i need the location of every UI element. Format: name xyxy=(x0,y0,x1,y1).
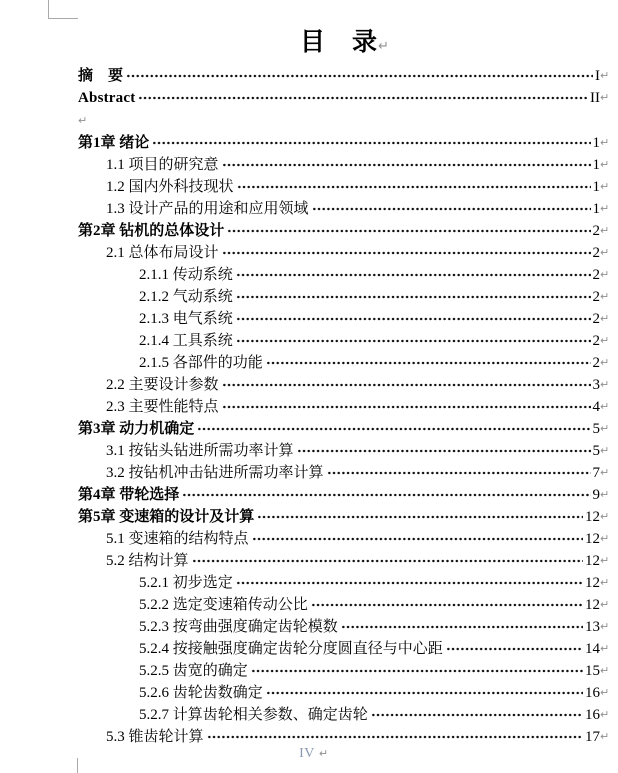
toc-entry-label: 2.2 主要设计参数 xyxy=(106,374,219,396)
toc-page-number: 4 xyxy=(593,396,601,418)
toc-entry[interactable]: 2.3 主要性能特点4↵ xyxy=(78,396,600,418)
toc-entry[interactable]: AbstractII↵ xyxy=(78,87,600,109)
toc-page-number: 2 xyxy=(593,264,601,286)
dot-leader xyxy=(222,242,591,264)
toc-entry[interactable]: 1.2 国内外科技现状1↵ xyxy=(78,176,600,198)
text-boundary-mark-top-left-horizontal xyxy=(48,18,78,19)
toc-entry-label: 摘 要 xyxy=(78,65,123,87)
dot-leader xyxy=(252,528,583,550)
toc-entry-label: 5.2 结构计算 xyxy=(106,550,189,572)
toc-page-number: 5 xyxy=(593,440,601,462)
toc-entry-label: 1.3 设计产品的用途和应用领域 xyxy=(106,198,309,220)
dot-leader xyxy=(371,704,583,726)
paragraph-mark-icon: ↵ xyxy=(315,745,319,763)
toc-page-number: 1 xyxy=(593,154,601,176)
dot-leader xyxy=(236,572,583,594)
toc-entry-label: 5.2.7 计算齿轮相关参数、确定齿轮 xyxy=(139,704,368,726)
toc-entry[interactable]: 1.1 项目的研究意1↵ xyxy=(78,154,600,176)
toc-page-number: 2 xyxy=(593,286,601,308)
toc-page-number: 2 xyxy=(593,242,601,264)
toc-entry[interactable]: 5.1 变速箱的结构特点12↵ xyxy=(78,528,600,550)
dot-leader xyxy=(236,264,591,286)
toc-entry-label: 2.1.4 工具系统 xyxy=(139,330,233,352)
toc-entry[interactable]: 5.2.3 按弯曲强度确定齿轮模数13↵ xyxy=(78,616,600,638)
toc-page-number: 5 xyxy=(593,418,601,440)
dot-leader xyxy=(138,87,588,109)
toc-entry-label: 第2章 钻机的总体设计 xyxy=(78,220,224,242)
dot-leader xyxy=(222,154,591,176)
dot-leader xyxy=(126,65,593,87)
toc-entry-label: 5.2.6 齿轮齿数确定 xyxy=(139,682,263,704)
toc-entry[interactable]: 2.1.2 气动系统2↵ xyxy=(78,286,600,308)
dot-leader xyxy=(192,550,583,572)
dot-leader xyxy=(222,374,591,396)
toc-content-area: 目 录↵ 摘 要I↵AbstractII↵↵第1章 绪论1↵1.1 项目的研究意… xyxy=(78,0,600,748)
dot-leader xyxy=(182,484,590,506)
toc-entry-label: 2.1.1 传动系统 xyxy=(139,264,233,286)
toc-entry-label: 5.2.1 初步选定 xyxy=(139,572,233,594)
dot-leader xyxy=(251,660,583,682)
toc-page-number: 7 xyxy=(593,462,601,484)
dot-leader xyxy=(341,616,583,638)
toc-page-number: 9 xyxy=(593,484,601,506)
toc-entry-label: 2.1.2 气动系统 xyxy=(139,286,233,308)
footer-page-number: IV xyxy=(299,746,315,761)
toc-entry[interactable]: 2.1 总体布局设计2↵ xyxy=(78,242,600,264)
toc-entry[interactable]: 第3章 动力机确定5↵ xyxy=(78,418,600,440)
toc-page-number: 3 xyxy=(593,374,601,396)
toc-entry[interactable]: 5.2.2 选定变速箱传动公比12↵ xyxy=(78,594,600,616)
toc-entry-label: 2.3 主要性能特点 xyxy=(106,396,219,418)
dot-leader xyxy=(236,286,591,308)
toc-entry-label: 5.2.5 齿宽的确定 xyxy=(139,660,248,682)
toc-page-number: 16 xyxy=(585,704,600,726)
page-footer: IV↵ xyxy=(0,745,618,763)
toc-entry[interactable]: 摘 要I↵ xyxy=(78,65,600,87)
dot-leader xyxy=(222,396,591,418)
toc-entry-label: 第1章 绪论 xyxy=(78,132,149,154)
dot-leader xyxy=(236,308,591,330)
toc-entry[interactable]: 2.2 主要设计参数3↵ xyxy=(78,374,600,396)
toc-page-number: 2 xyxy=(593,352,601,374)
toc-entry-label: 5.2.4 按接触强度确定齿轮分度圆直径与中心距 xyxy=(139,638,443,660)
toc-page-number: 2 xyxy=(593,330,601,352)
toc-page-number: 12 xyxy=(585,506,600,528)
toc-list: 摘 要I↵AbstractII↵↵第1章 绪论1↵1.1 项目的研究意1↵1.2… xyxy=(78,65,600,748)
toc-entry[interactable]: 1.3 设计产品的用途和应用领域1↵ xyxy=(78,198,600,220)
toc-entry-label: 5.2.2 选定变速箱传动公比 xyxy=(139,594,308,616)
toc-entry[interactable]: 5.2.6 齿轮齿数确定16↵ xyxy=(78,682,600,704)
dot-leader xyxy=(227,220,590,242)
toc-entry[interactable]: 第2章 钻机的总体设计2↵ xyxy=(78,220,600,242)
dot-leader xyxy=(311,594,583,616)
dot-leader xyxy=(266,352,591,374)
document-page: { "page": { "title": "目 录", "pilcrow": "… xyxy=(0,0,618,773)
toc-entry-label: 1.2 国内外科技现状 xyxy=(106,176,234,198)
dot-leader xyxy=(257,506,583,528)
toc-page-number: 12 xyxy=(585,572,600,594)
toc-page-number: 12 xyxy=(585,528,600,550)
toc-entry: ↵ xyxy=(78,109,600,132)
dot-leader xyxy=(312,198,591,220)
toc-entry[interactable]: 第4章 带轮选择9↵ xyxy=(78,484,600,506)
toc-page-number: 2 xyxy=(593,308,601,330)
toc-entry[interactable]: 2.1.1 传动系统2↵ xyxy=(78,264,600,286)
toc-entry[interactable]: 2.1.5 各部件的功能2↵ xyxy=(78,352,600,374)
toc-entry-label: 第4章 带轮选择 xyxy=(78,484,179,506)
toc-entry[interactable]: 2.1.4 工具系统2↵ xyxy=(78,330,600,352)
dot-leader xyxy=(327,462,591,484)
toc-page-number: 14 xyxy=(585,638,600,660)
toc-entry[interactable]: 5.2 结构计算12↵ xyxy=(78,550,600,572)
toc-entry[interactable]: 2.1.3 电气系统2↵ xyxy=(78,308,600,330)
toc-entry-label: 2.1.3 电气系统 xyxy=(139,308,233,330)
toc-page-number: 1 xyxy=(593,132,601,154)
text-boundary-mark-top-left-vertical xyxy=(48,0,49,18)
dot-leader xyxy=(297,440,591,462)
toc-entry[interactable]: 5.2.4 按接触强度确定齿轮分度圆直径与中心距14↵ xyxy=(78,638,600,660)
page-title: 目 录 xyxy=(300,29,378,56)
toc-entry[interactable]: 第5章 变速箱的设计及计算12↵ xyxy=(78,506,600,528)
toc-page-number: 16 xyxy=(585,682,600,704)
toc-entry[interactable]: 3.2 按钻机冲击钻进所需功率计算7↵ xyxy=(78,462,600,484)
toc-page-number: 1 xyxy=(593,176,601,198)
toc-entry-label: Abstract xyxy=(78,87,135,109)
toc-entry-label: 5.2.3 按弯曲强度确定齿轮模数 xyxy=(139,616,338,638)
toc-page-number: II xyxy=(590,87,600,109)
toc-entry-label: 2.1 总体布局设计 xyxy=(106,242,219,264)
toc-entry-label: 3.2 按钻机冲击钻进所需功率计算 xyxy=(106,462,324,484)
toc-page-number: 1 xyxy=(593,198,601,220)
toc-entry-label: 第3章 动力机确定 xyxy=(78,418,194,440)
toc-entry[interactable]: 3.1 按钻头钻进所需功率计算5↵ xyxy=(78,440,600,462)
dot-leader xyxy=(266,682,583,704)
dot-leader xyxy=(197,418,590,440)
toc-entry-label: 5.1 变速箱的结构特点 xyxy=(106,528,249,550)
toc-title-line: 目 录↵ xyxy=(78,27,600,58)
toc-page-number: 12 xyxy=(585,550,600,572)
dot-leader xyxy=(152,132,590,154)
toc-entry-label: 1.1 项目的研究意 xyxy=(106,154,219,176)
toc-entry[interactable]: 5.2.5 齿宽的确定15↵ xyxy=(78,660,600,682)
dot-leader xyxy=(236,330,591,352)
toc-entry[interactable]: 5.2.7 计算齿轮相关参数、确定齿轮16↵ xyxy=(78,704,600,726)
toc-entry[interactable]: 5.2.1 初步选定12↵ xyxy=(78,572,600,594)
toc-entry-label: 3.1 按钻头钻进所需功率计算 xyxy=(106,440,294,462)
toc-entry-label: 2.1.5 各部件的功能 xyxy=(139,352,263,374)
toc-page-number: 2 xyxy=(593,220,601,242)
toc-entry[interactable]: 第1章 绪论1↵ xyxy=(78,132,600,154)
dot-leader xyxy=(237,176,591,198)
toc-page-number: 15 xyxy=(585,660,600,682)
toc-entry-label: 第5章 变速箱的设计及计算 xyxy=(78,506,254,528)
toc-page-number: 12 xyxy=(585,594,600,616)
dot-leader xyxy=(446,638,583,660)
toc-page-number: 13 xyxy=(585,616,600,638)
